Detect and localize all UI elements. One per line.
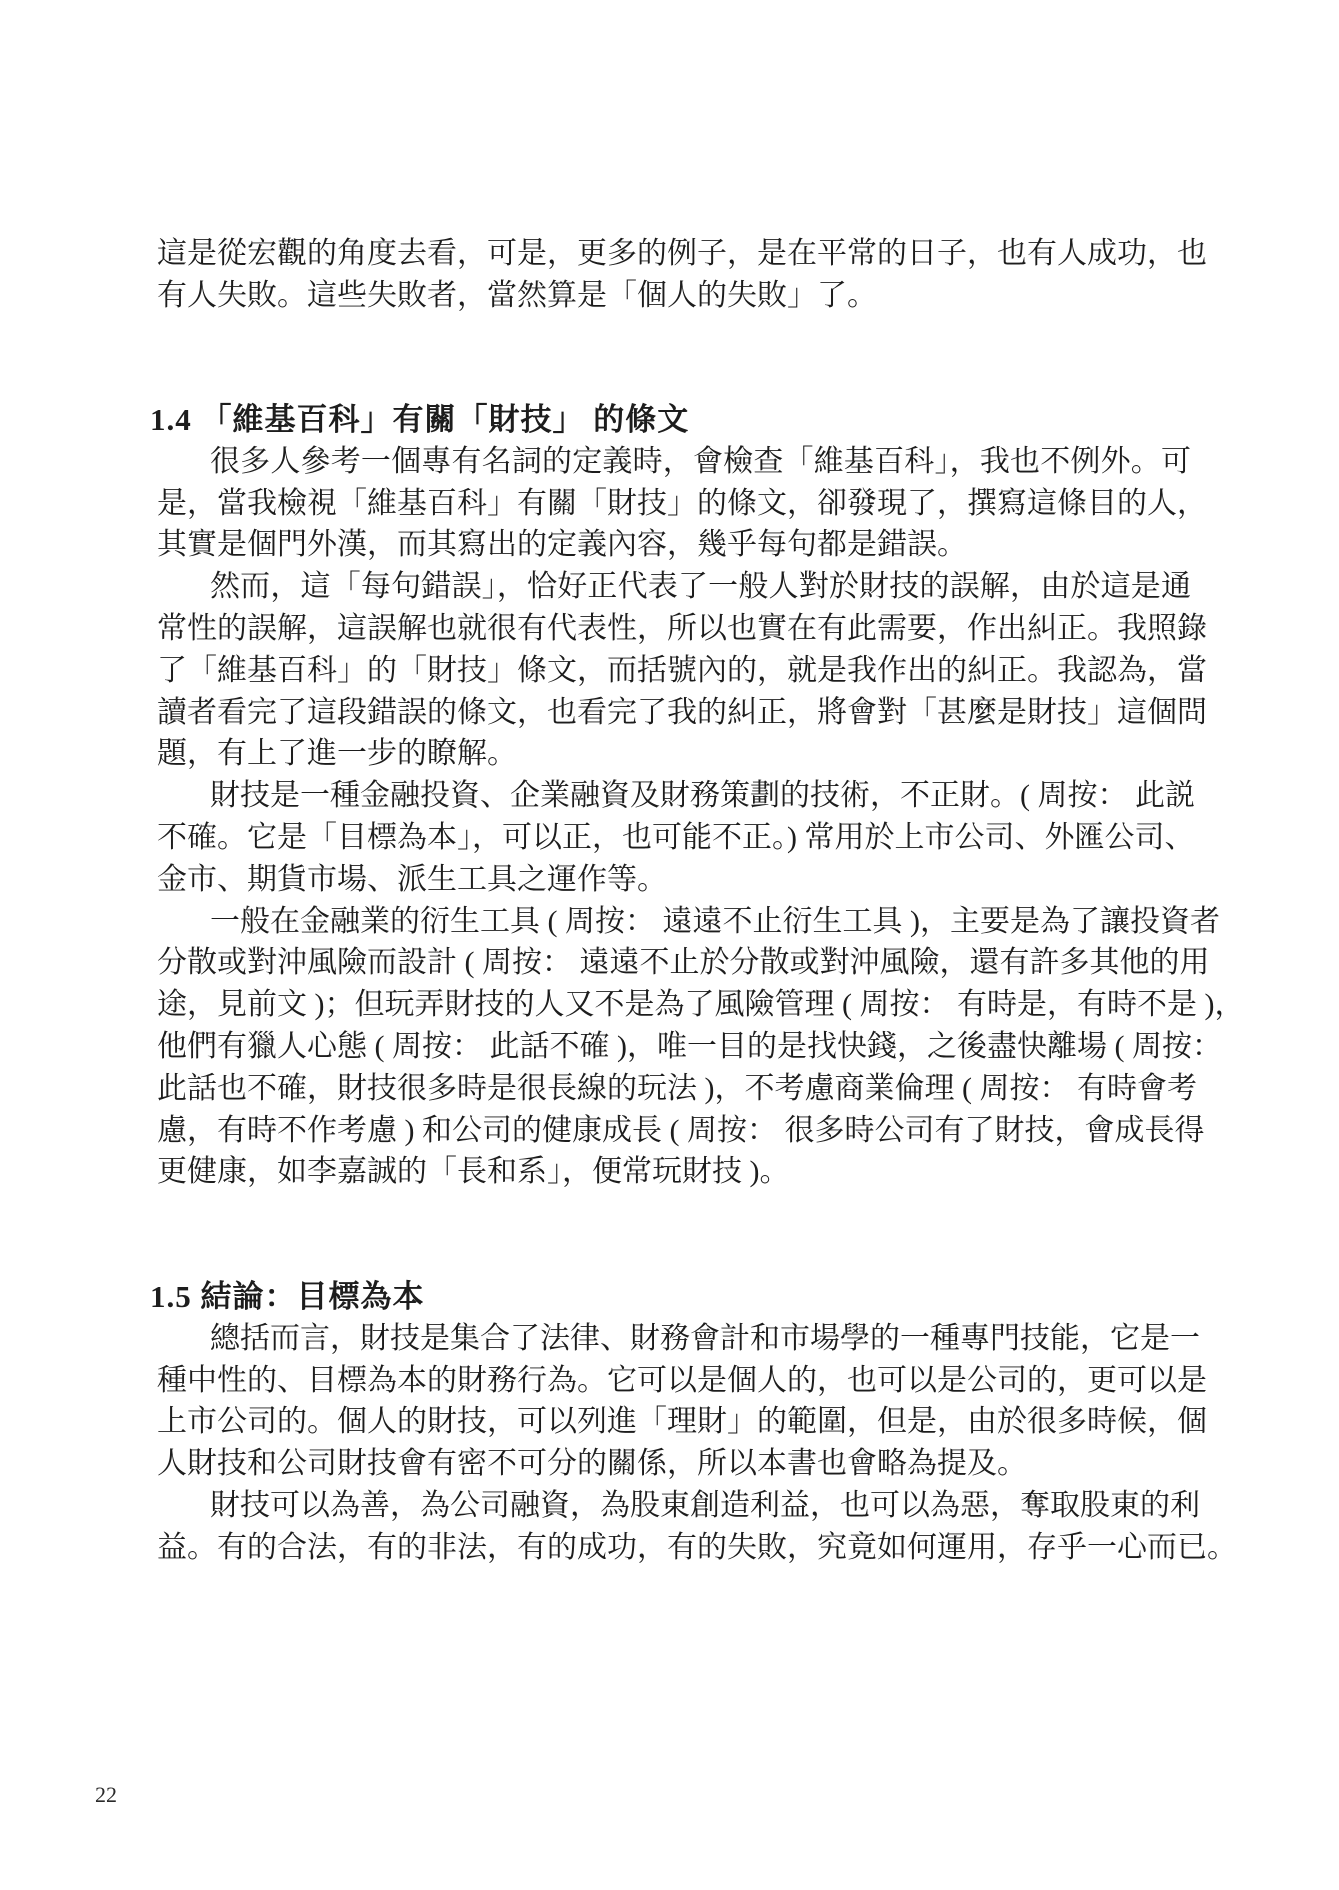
text-line: 金市、期貨市場、派生工具之運作等。 — [157, 859, 1191, 901]
section-1-4-paragraph-4: 一般在金融業的衍生工具 ( 周按： 遠遠不止衍生工具 )，主要是為了讓投資者 分… — [157, 901, 1191, 1194]
text-line: 他們有獵人心態 ( 周按： 此話不確 )，唯一目的是找快錢，之後盡快離場 ( 周… — [157, 1026, 1191, 1068]
text-line: 然而，這「每句錯誤」，恰好正代表了一般人對於財技的誤解，由於這是通 — [157, 566, 1191, 608]
text-line: 其實是個門外漢，而其寫出的定義內容，幾乎每句都是錯誤。 — [157, 524, 1191, 566]
text-line: 更健康，如李嘉誠的「長和系」，便常玩財技 )。 — [157, 1151, 1191, 1193]
text-line: 題，有上了進一步的瞭解。 — [157, 733, 1191, 775]
section-1-4-paragraph-3: 財技是一種金融投資、企業融資及財務策劃的技術，不正財。( 周按： 此説 不確。它… — [157, 775, 1191, 900]
text-line: 途，見前文 )；但玩弄財技的人又不是為了風險管理 ( 周按： 有時是，有時不是 … — [157, 984, 1191, 1026]
text-line: 財技是一種金融投資、企業融資及財務策劃的技術，不正財。( 周按： 此説 — [157, 775, 1191, 817]
text-line: 了「維基百科」的「財技」條文，而括號內的，就是我作出的糾正。我認為，當 — [157, 650, 1191, 692]
section-1-4-paragraph-2: 然而，這「每句錯誤」，恰好正代表了一般人對於財技的誤解，由於這是通 常性的誤解，… — [157, 566, 1191, 775]
text-line: 益。有的合法，有的非法，有的成功，有的失敗，究竟如何運用，存乎一心而已。 — [157, 1527, 1191, 1569]
book-page: { "page": { "number": "22" }, "intro": {… — [0, 0, 1339, 1890]
section-1-5-paragraph-2: 財技可以為善，為公司融資，為股東創造利益，也可以為惡，奪取股東的利 益。有的合法… — [157, 1485, 1191, 1569]
text-line: 此話也不確，財技很多時是很長線的玩法 )，不考慮商業倫理 ( 周按： 有時會考 — [157, 1068, 1191, 1110]
text-line: 人財技和公司財技會有密不可分的關係，所以本書也會略為提及。 — [157, 1443, 1191, 1485]
text-line: 財技可以為善，為公司融資，為股東創造利益，也可以為惡，奪取股東的利 — [157, 1485, 1191, 1527]
page-number: 22 — [95, 1782, 117, 1808]
text-line: 是，當我檢視「維基百科」有關「財技」的條文，卻發現了，撰寫這條目的人， — [157, 483, 1191, 525]
text-line: 一般在金融業的衍生工具 ( 周按： 遠遠不止衍生工具 )，主要是為了讓投資者 — [157, 901, 1191, 943]
text-line: 種中性的、目標為本的財務行為。它可以是個人的，也可以是公司的，更可以是 — [157, 1360, 1191, 1402]
text-line: 很多人參考一個專有名詞的定義時，會檢查「維基百科」，我也不例外。可 — [157, 441, 1191, 483]
text-line: 上市公司的。個人的財技，可以列進「理財」的範圍，但是，由於很多時候，個 — [157, 1401, 1191, 1443]
text-line: 總括而言，財技是集合了法律、財務會計和市場學的一種專門技能，它是一 — [157, 1318, 1191, 1360]
text-line: 有人失敗。這些失敗者，當然算是「個人的失敗」了。 — [157, 275, 1191, 317]
text-line: 讀者看完了這段錯誤的條文，也看完了我的糾正，將會對「甚麼是財技」這個問 — [157, 692, 1191, 734]
text-line: 這是從宏觀的角度去看，可是，更多的例子，是在平常的日子，也有人成功，也 — [157, 233, 1191, 275]
section-1-5-heading: 1.5 結論：目標為本 — [150, 1276, 1191, 1318]
text-line: 常性的誤解，這誤解也就很有代表性，所以也實在有此需要，作出糾正。我照錄 — [157, 608, 1191, 650]
section-1-4-heading: 1.4 「維基百科」有關「財技」 的條文 — [150, 399, 1191, 441]
intro-paragraph: 這是從宏觀的角度去看，可是，更多的例子，是在平常的日子，也有人成功，也 有人失敗… — [157, 233, 1191, 317]
section-1-5-paragraph-1: 總括而言，財技是集合了法律、財務會計和市場學的一種專門技能，它是一 種中性的、目… — [157, 1318, 1191, 1485]
text-column: 這是從宏觀的角度去看，可是，更多的例子，是在平常的日子，也有人成功，也 有人失敗… — [157, 233, 1191, 1569]
text-line: 分散或對沖風險而設計 ( 周按： 遠遠不止於分散或對沖風險，還有許多其他的用 — [157, 942, 1191, 984]
text-line: 慮，有時不作考慮 ) 和公司的健康成長 ( 周按： 很多時公司有了財技，會成長得 — [157, 1110, 1191, 1152]
section-1-4-paragraph-1: 很多人參考一個專有名詞的定義時，會檢查「維基百科」，我也不例外。可 是，當我檢視… — [157, 441, 1191, 566]
text-line: 不確。它是「目標為本」，可以正，也可能不正。) 常用於上市公司、外匯公司、 — [157, 817, 1191, 859]
